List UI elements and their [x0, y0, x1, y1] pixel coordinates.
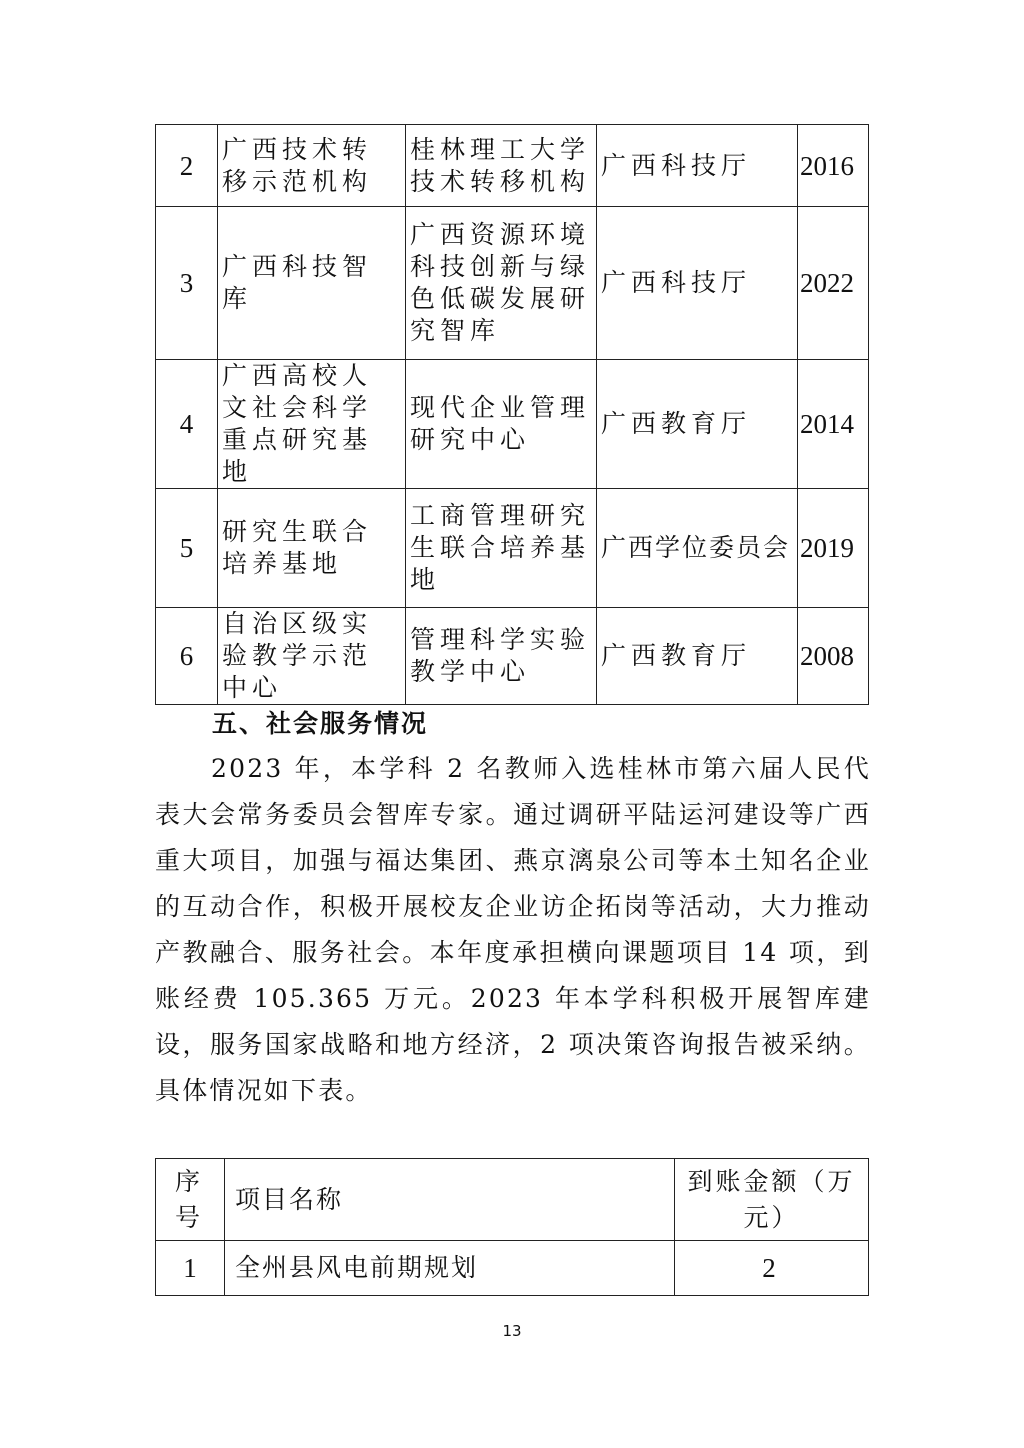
table-row: 1 全州县风电前期规划 2	[156, 1241, 869, 1296]
service-table: 序号 项目名称 到账金额（万元） 1 全州县风电前期规划 2	[155, 1158, 869, 1296]
page-number: 13	[0, 1322, 1024, 1340]
approval-year: 2019	[798, 489, 869, 608]
header-number: 序号	[156, 1159, 225, 1241]
approval-year: 2014	[798, 360, 869, 489]
approving-department: 广西科技厅	[597, 125, 798, 207]
table-row: 6 自治区级实验教学示范中心 管理科学实验教学中心 广西教育厅 2008	[156, 608, 869, 705]
table-row: 3 广西科技智库 广西资源环境科技创新与绿色低碳发展研究智库 广西科技厅 202…	[156, 207, 869, 360]
approving-department: 广西教育厅	[597, 608, 798, 705]
platform-type: 自治区级实验教学示范中心	[218, 608, 406, 705]
platform-name: 管理科学实验教学中心	[406, 608, 597, 705]
approval-year: 2022	[798, 207, 869, 360]
row-number: 4	[156, 360, 218, 489]
section-paragraph: 2023 年，本学科 2 名教师入选桂林市第六届人民代表大会常务委员会智库专家。…	[155, 746, 871, 1114]
project-name: 全州县风电前期规划	[225, 1241, 675, 1296]
approval-year: 2008	[798, 608, 869, 705]
platform-type: 广西高校人文社会科学重点研究基地	[218, 360, 406, 489]
row-number: 5	[156, 489, 218, 608]
platform-type: 广西技术转移示范机构	[218, 125, 406, 207]
row-number: 6	[156, 608, 218, 705]
row-number: 3	[156, 207, 218, 360]
section-heading: 五、社会服务情况	[212, 704, 428, 740]
table-row: 2 广西技术转移示范机构 桂林理工大学技术转移机构 广西科技厅 2016	[156, 125, 869, 207]
header-amount: 到账金额（万元）	[675, 1159, 869, 1241]
platform-type: 广西科技智库	[218, 207, 406, 360]
platform-type: 研究生联合培养基地	[218, 489, 406, 608]
platform-name: 广西资源环境科技创新与绿色低碳发展研究智库	[406, 207, 597, 360]
platform-table: 2 广西技术转移示范机构 桂林理工大学技术转移机构 广西科技厅 2016 3 广…	[155, 124, 869, 705]
approval-year: 2016	[798, 125, 869, 207]
platform-name: 桂林理工大学技术转移机构	[406, 125, 597, 207]
row-number: 1	[156, 1241, 225, 1296]
approving-department: 广西科技厅	[597, 207, 798, 360]
header-project-name: 项目名称	[225, 1159, 675, 1241]
platform-name: 工商管理研究生联合培养基地	[406, 489, 597, 608]
table-row: 4 广西高校人文社会科学重点研究基地 现代企业管理研究中心 广西教育厅 2014	[156, 360, 869, 489]
platform-name: 现代企业管理研究中心	[406, 360, 597, 489]
approving-department: 广西学位委员会	[597, 489, 798, 608]
project-amount: 2	[675, 1241, 869, 1296]
table-header-row: 序号 项目名称 到账金额（万元）	[156, 1159, 869, 1241]
approving-department: 广西教育厅	[597, 360, 798, 489]
row-number: 2	[156, 125, 218, 207]
table-row: 5 研究生联合培养基地 工商管理研究生联合培养基地 广西学位委员会 2019	[156, 489, 869, 608]
